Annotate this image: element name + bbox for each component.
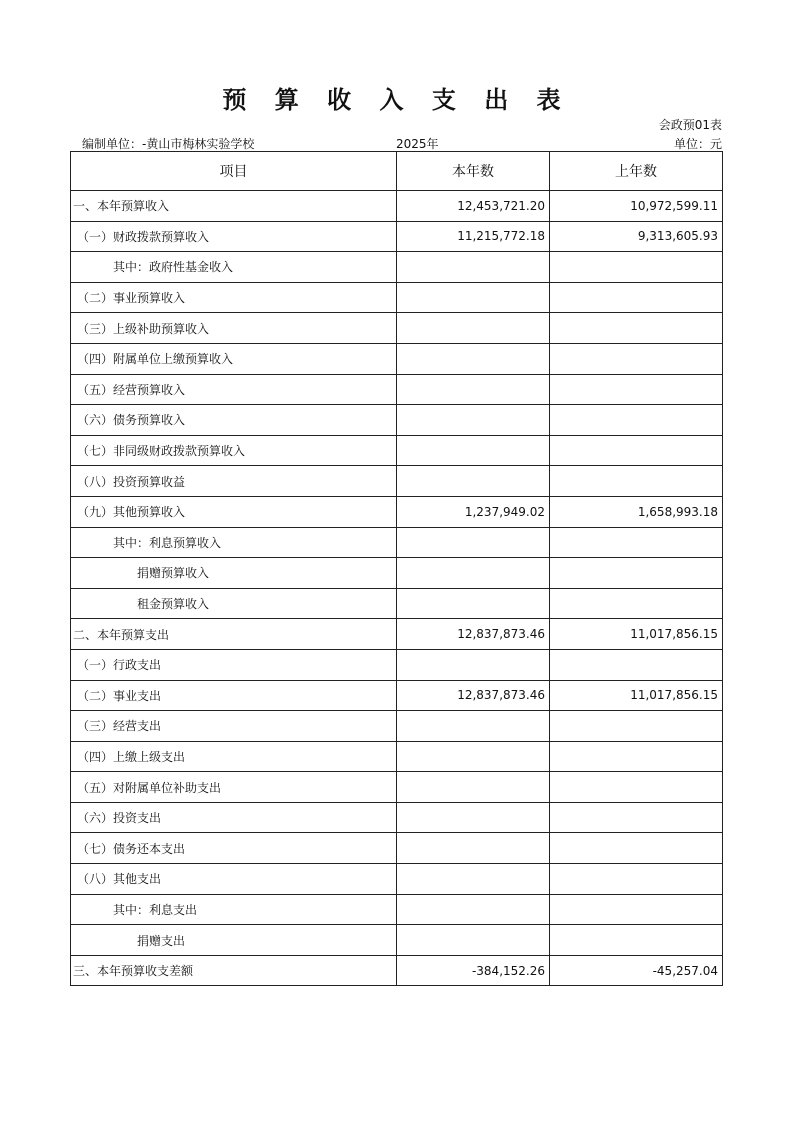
row-item-label: （三）经营支出 bbox=[71, 711, 397, 742]
row-current-year-value: 1,237,949.02 bbox=[397, 496, 550, 527]
table-row: 其中：利息支出 bbox=[71, 894, 723, 925]
row-current-year-value: 12,837,873.46 bbox=[397, 619, 550, 650]
table-row: （六）投资支出 bbox=[71, 802, 723, 833]
row-item-label: 二、本年预算支出 bbox=[71, 619, 397, 650]
row-current-year-value: -384,152.26 bbox=[397, 955, 550, 986]
row-current-year-value bbox=[397, 252, 550, 283]
row-item-label: （二）事业支出 bbox=[71, 680, 397, 711]
row-current-year-value: 12,453,721.20 bbox=[397, 191, 550, 222]
row-prior-year-value bbox=[550, 894, 723, 925]
row-prior-year-value bbox=[550, 252, 723, 283]
row-current-year-value bbox=[397, 864, 550, 895]
row-prior-year-value bbox=[550, 833, 723, 864]
row-prior-year-value bbox=[550, 864, 723, 895]
row-prior-year-value bbox=[550, 649, 723, 680]
row-prior-year-value bbox=[550, 343, 723, 374]
row-item-label: 其中：政府性基金收入 bbox=[71, 252, 397, 283]
table-row: （五）经营预算收入 bbox=[71, 374, 723, 405]
table-row: （九）其他预算收入1,237,949.021,658,993.18 bbox=[71, 496, 723, 527]
row-prior-year-value bbox=[550, 802, 723, 833]
table-row: （一）财政拨款预算收入11,215,772.189,313,605.93 bbox=[71, 221, 723, 252]
row-prior-year-value bbox=[550, 527, 723, 558]
column-header-item: 项目 bbox=[71, 152, 397, 191]
row-item-label: （九）其他预算收入 bbox=[71, 496, 397, 527]
table-row: 三、本年预算收支差额-384,152.26-45,257.04 bbox=[71, 955, 723, 986]
row-current-year-value: 11,215,772.18 bbox=[397, 221, 550, 252]
row-prior-year-value bbox=[550, 925, 723, 956]
row-item-label: （八）投资预算收益 bbox=[71, 466, 397, 497]
row-prior-year-value bbox=[550, 588, 723, 619]
reporting-unit: 编制单位：-黄山市梅林实验学校 bbox=[82, 135, 254, 152]
row-current-year-value bbox=[397, 313, 550, 344]
row-current-year-value bbox=[397, 925, 550, 956]
table-row: 一、本年预算收入12,453,721.2010,972,599.11 bbox=[71, 191, 723, 222]
row-item-label: （五）经营预算收入 bbox=[71, 374, 397, 405]
table-row: （七）债务还本支出 bbox=[71, 833, 723, 864]
column-header-prior-year: 上年数 bbox=[550, 152, 723, 191]
table-row: （三）经营支出 bbox=[71, 711, 723, 742]
table-row: （七）非同级财政拨款预算收入 bbox=[71, 435, 723, 466]
row-prior-year-value bbox=[550, 711, 723, 742]
row-item-label: （八）其他支出 bbox=[71, 864, 397, 895]
row-current-year-value bbox=[397, 588, 550, 619]
table-row: （四）上缴上级支出 bbox=[71, 741, 723, 772]
row-prior-year-value bbox=[550, 405, 723, 436]
row-current-year-value bbox=[397, 435, 550, 466]
row-current-year-value bbox=[397, 833, 550, 864]
row-item-label: 其中：利息预算收入 bbox=[71, 527, 397, 558]
table-row: （二）事业支出12,837,873.4611,017,856.15 bbox=[71, 680, 723, 711]
row-item-label: （六）债务预算收入 bbox=[71, 405, 397, 436]
row-item-label: （二）事业预算收入 bbox=[71, 282, 397, 313]
row-item-label: 一、本年预算收入 bbox=[71, 191, 397, 222]
table-row: （二）事业预算收入 bbox=[71, 282, 723, 313]
report-title: 预 算 收 入 支 出 表 bbox=[0, 80, 793, 115]
row-item-label: 租金预算收入 bbox=[71, 588, 397, 619]
table-row: （八）投资预算收益 bbox=[71, 466, 723, 497]
row-prior-year-value bbox=[550, 466, 723, 497]
row-current-year-value bbox=[397, 558, 550, 589]
table-row: （八）其他支出 bbox=[71, 864, 723, 895]
row-prior-year-value: 10,972,599.11 bbox=[550, 191, 723, 222]
table-row: 其中：政府性基金收入 bbox=[71, 252, 723, 283]
row-item-label: （三）上级补助预算收入 bbox=[71, 313, 397, 344]
row-current-year-value bbox=[397, 466, 550, 497]
row-current-year-value bbox=[397, 527, 550, 558]
row-prior-year-value: 11,017,856.15 bbox=[550, 680, 723, 711]
table-row: 二、本年预算支出12,837,873.4611,017,856.15 bbox=[71, 619, 723, 650]
row-prior-year-value bbox=[550, 772, 723, 803]
row-current-year-value bbox=[397, 343, 550, 374]
table-row: 捐赠预算收入 bbox=[71, 558, 723, 589]
row-current-year-value bbox=[397, 282, 550, 313]
row-prior-year-value bbox=[550, 313, 723, 344]
form-code: 会政预01表 bbox=[659, 116, 722, 133]
row-item-label: （四）附属单位上缴预算收入 bbox=[71, 343, 397, 374]
row-item-label: （六）投资支出 bbox=[71, 802, 397, 833]
row-prior-year-value bbox=[550, 741, 723, 772]
row-current-year-value bbox=[397, 405, 550, 436]
row-current-year-value bbox=[397, 741, 550, 772]
table-row: （六）债务预算收入 bbox=[71, 405, 723, 436]
row-prior-year-value: 11,017,856.15 bbox=[550, 619, 723, 650]
table-row: 其中：利息预算收入 bbox=[71, 527, 723, 558]
table-row: （四）附属单位上缴预算收入 bbox=[71, 343, 723, 374]
table-row: 租金预算收入 bbox=[71, 588, 723, 619]
row-item-label: （七）非同级财政拨款预算收入 bbox=[71, 435, 397, 466]
row-item-label: 其中：利息支出 bbox=[71, 894, 397, 925]
row-prior-year-value: 1,658,993.18 bbox=[550, 496, 723, 527]
row-prior-year-value: -45,257.04 bbox=[550, 955, 723, 986]
table-header-row: 项目 本年数 上年数 bbox=[71, 152, 723, 191]
row-item-label: （四）上缴上级支出 bbox=[71, 741, 397, 772]
report-year: 2025年 bbox=[396, 135, 439, 152]
budget-income-expense-table: 项目 本年数 上年数 一、本年预算收入12,453,721.2010,972,5… bbox=[70, 151, 723, 986]
row-item-label: （一）行政支出 bbox=[71, 649, 397, 680]
row-item-label: （一）财政拨款预算收入 bbox=[71, 221, 397, 252]
row-prior-year-value bbox=[550, 374, 723, 405]
row-current-year-value bbox=[397, 374, 550, 405]
row-item-label: （五）对附属单位补助支出 bbox=[71, 772, 397, 803]
row-prior-year-value bbox=[550, 282, 723, 313]
row-item-label: 捐赠预算收入 bbox=[71, 558, 397, 589]
row-current-year-value bbox=[397, 894, 550, 925]
table-row: （三）上级补助预算收入 bbox=[71, 313, 723, 344]
row-item-label: （七）债务还本支出 bbox=[71, 833, 397, 864]
currency-unit: 单位：元 bbox=[674, 135, 722, 152]
table-body: 一、本年预算收入12,453,721.2010,972,599.11（一）财政拨… bbox=[71, 191, 723, 986]
row-current-year-value bbox=[397, 802, 550, 833]
row-current-year-value bbox=[397, 649, 550, 680]
row-current-year-value bbox=[397, 711, 550, 742]
row-current-year-value: 12,837,873.46 bbox=[397, 680, 550, 711]
row-prior-year-value bbox=[550, 435, 723, 466]
row-prior-year-value bbox=[550, 558, 723, 589]
table-row: （五）对附属单位补助支出 bbox=[71, 772, 723, 803]
row-item-label: 三、本年预算收支差额 bbox=[71, 955, 397, 986]
table-row: （一）行政支出 bbox=[71, 649, 723, 680]
table-row: 捐赠支出 bbox=[71, 925, 723, 956]
row-item-label: 捐赠支出 bbox=[71, 925, 397, 956]
row-current-year-value bbox=[397, 772, 550, 803]
row-prior-year-value: 9,313,605.93 bbox=[550, 221, 723, 252]
column-header-current-year: 本年数 bbox=[397, 152, 550, 191]
